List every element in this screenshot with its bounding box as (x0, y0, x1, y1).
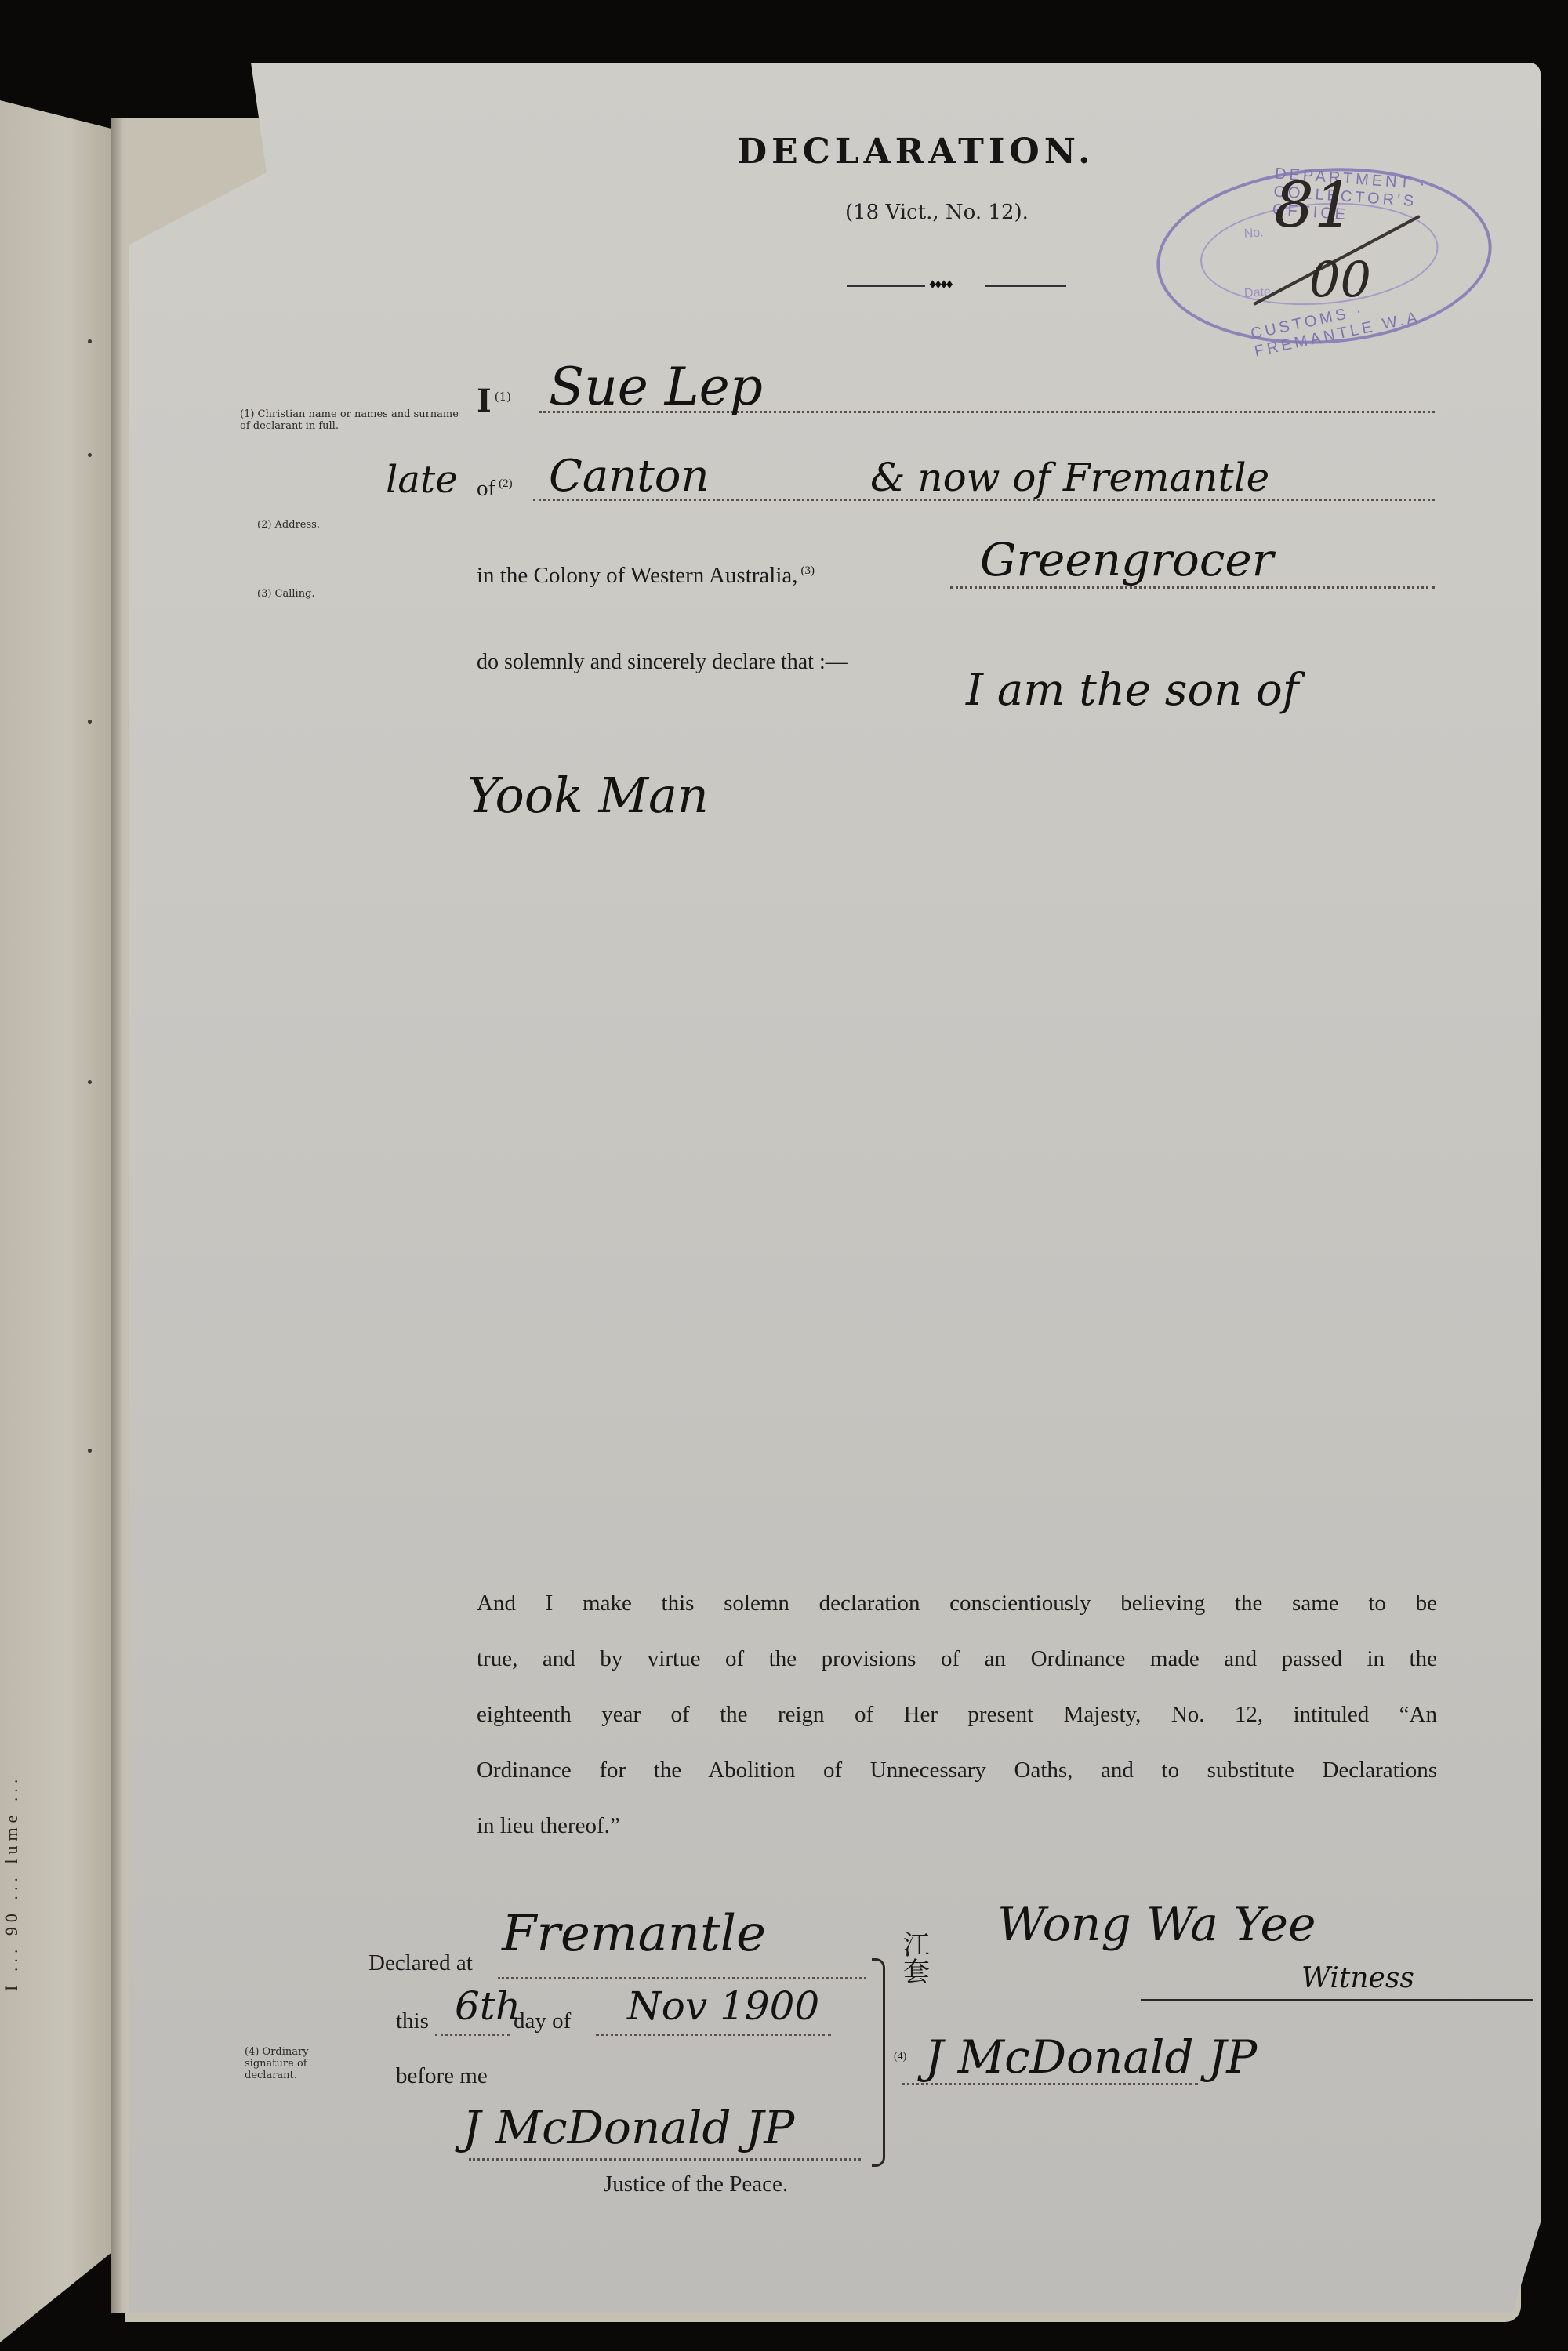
this-label: this (396, 2008, 429, 2034)
declared-at-field[interactable]: Fremantle (502, 1905, 766, 1963)
margin-note-address: (2) Address. (257, 519, 320, 531)
body-line: true, and by virtue of the provisions of… (477, 1631, 1437, 1687)
address-prefix: of(2) (477, 476, 513, 502)
day-of-label: day of (514, 2008, 571, 2034)
day-field[interactable]: 6th (455, 1983, 521, 2029)
month-line (596, 2034, 831, 2036)
margin-note-name: (1) Christian name or names and surname … (240, 408, 467, 432)
declarant-prefix-i: I(1) (477, 383, 511, 419)
calling-field[interactable]: Greengrocer (980, 533, 1273, 586)
declaration-statement-continued[interactable]: Yook Man (467, 767, 709, 824)
witness-signature[interactable]: Wong Wa Yee (997, 1897, 1316, 1952)
signing-brace (872, 1958, 885, 2167)
body-line: in lieu thereof.” (477, 1798, 1437, 1854)
stamp-handwritten-year: 00 (1309, 251, 1371, 308)
page-mark (88, 339, 92, 343)
address-field-continued[interactable]: & now of Fremantle (870, 455, 1269, 500)
body-line: And I make this solemn declaration consc… (477, 1576, 1437, 1631)
page-title: DECLARATION. (737, 132, 1094, 172)
declared-at-label: Declared at (368, 1950, 473, 1976)
ornament-divider: ♦♦♦♦ (847, 281, 1066, 292)
document-scan: I ... 90 ... lume ... DECLARATION. (18 V… (0, 0, 1568, 2351)
solemn-declaration-paragraph: And I make this solemn declaration consc… (477, 1576, 1437, 1854)
page-mark (88, 1449, 92, 1453)
declarant-name-field[interactable]: Sue Lep (549, 357, 763, 417)
left-facing-page (0, 100, 111, 2342)
declare-that-label: do solemnly and sincerely declare that :… (477, 650, 848, 675)
body-line: Ordinance for the Abolition of Unnecessa… (477, 1743, 1437, 1798)
margin-note-signature: (4) Ordinary signature of declarant. (245, 2046, 331, 2081)
address-field[interactable]: Canton (549, 451, 710, 502)
handwritten-late: late (386, 458, 458, 502)
binding-text: I ... 90 ... lume ... (2, 1775, 22, 1991)
declarant-signature-field[interactable]: J McDonald JP (925, 2030, 1257, 2084)
colony-prefix: in the Colony of Western Australia,(3) (477, 563, 815, 589)
month-year-field[interactable]: Nov 1900 (627, 1983, 819, 2029)
page-mark (88, 1080, 92, 1084)
page-mark (88, 720, 92, 724)
jp-signature-line (469, 2158, 861, 2161)
before-me-label: before me (396, 2063, 488, 2089)
jp-signature[interactable]: J McDonald JP (463, 2101, 794, 2154)
signature-marker-4: (4) (894, 2051, 906, 2063)
witness-label: Witness (1301, 1962, 1414, 1994)
day-line (435, 2034, 510, 2036)
declaration-statement[interactable]: I am the son of (966, 665, 1298, 716)
page-mark (88, 453, 92, 457)
calling-field-line (950, 586, 1435, 589)
declarant-chinese-signature[interactable]: 江套 (903, 1932, 935, 1986)
stamp-handwritten-number: 81 (1274, 169, 1354, 241)
diamond-ornament-icon: ♦♦♦♦ (929, 276, 952, 292)
margin-note-calling: (3) Calling. (257, 588, 315, 600)
body-line: eighteenth year of the reign of Her pres… (477, 1687, 1437, 1743)
statute-reference: (18 Vict., No. 12). (845, 201, 1029, 224)
jp-title: Justice of the Peace. (604, 2171, 788, 2197)
stamp-no-label: No. (1243, 226, 1264, 241)
witness-underline (1141, 1999, 1533, 2001)
declared-at-line (498, 1977, 866, 1979)
